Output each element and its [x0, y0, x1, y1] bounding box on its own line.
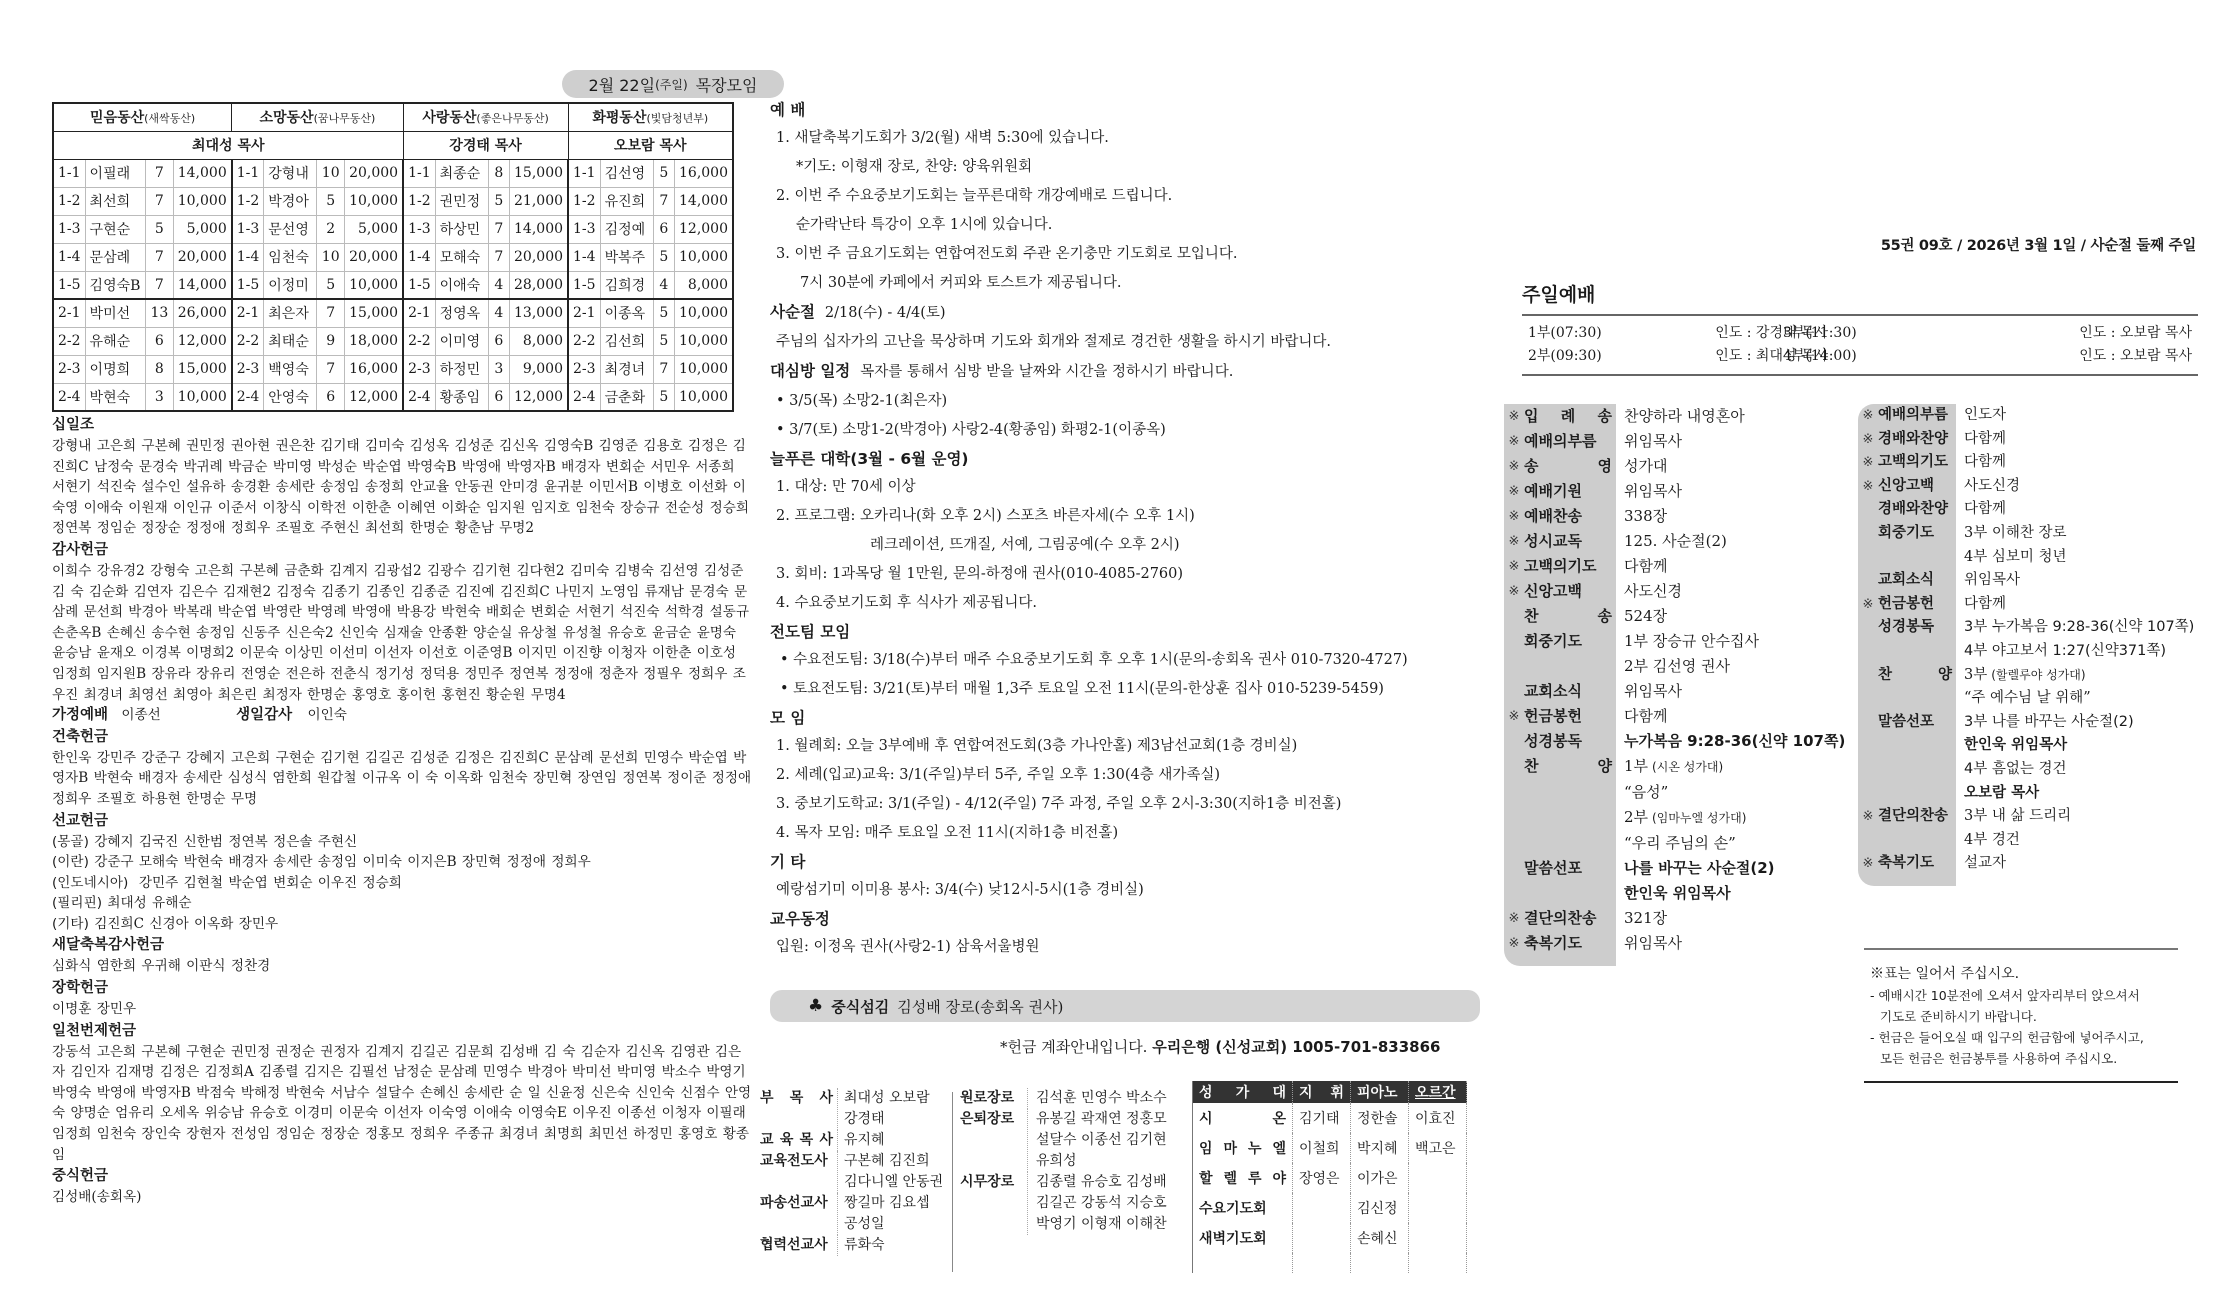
cell-id: 1-2 [403, 187, 435, 215]
stand-mark-icon [1504, 754, 1524, 780]
group-header: 소망동산(꿈나무동산) [232, 103, 403, 131]
thanks-heading: 감사헌금 [52, 539, 752, 561]
attendance-count: 5 [317, 187, 345, 215]
club-icon: ♣ [808, 996, 823, 1016]
order-value: 3부(할렐루야 성가대) [1956, 664, 2086, 688]
cell-id: 2-2 [403, 327, 435, 355]
stand-mark-icon: ※ [1504, 906, 1524, 931]
order-label-cell [1858, 734, 1956, 758]
offering-amount: 5,000 [173, 215, 232, 243]
news-line: 레크레이션, 뜨개질, 서예, 그림공예(수 오후 2시) [770, 531, 1490, 560]
evangelism-heading: 전도팀 모임 [770, 618, 1490, 646]
order-label [1878, 546, 1956, 570]
order-value-text: 성가대 [1624, 457, 1667, 475]
order-item: 회중기도1부 장승규 안수집사 [1504, 629, 1834, 654]
offering-amount: 15,000 [345, 299, 404, 327]
order-value: 한인욱 위임목사 [1616, 881, 1731, 906]
staff-role: 원로장로 [960, 1088, 1028, 1109]
stand-mark-icon [1858, 758, 1878, 782]
staff-name-line: 구본혜 김진희 [844, 1151, 945, 1172]
offering-amount: 20,000 [510, 243, 569, 271]
order-item: 4부 경건 [1858, 829, 2198, 853]
offering-amount: 12,000 [345, 383, 404, 411]
family-worship-heading: 가정예배 [52, 707, 108, 723]
cell-id: 2-4 [53, 383, 85, 411]
stand-mark-icon [1858, 640, 1878, 664]
member-name: 하정민 [435, 355, 488, 383]
order-value: 3부 이해찬 장로 [1956, 522, 2067, 546]
thanks-names: 이희수 강유경2 강형숙 고은희 구본혜 금춘화 김계지 김광섭2 김광수 김기… [52, 561, 752, 705]
family-birthday-line: 가정예배 이종선 생일감사 이인숙 [52, 705, 752, 726]
staff-name-line: 강경태 [844, 1109, 945, 1130]
church-news-section: 예 배 1. 새달축복기도회가 3/2(월) 새벽 5:30에 있습니다. *기… [770, 96, 1490, 962]
order-label: 헌금봉헌 [1524, 704, 1616, 729]
stand-mark-icon [1858, 711, 1878, 735]
group-header: 화평동산(빛담청년부) [568, 103, 733, 131]
order-label-cell: ※신앙고백 [1858, 475, 1956, 499]
cell-id: 2-4 [403, 383, 435, 411]
order-value: “음성” [1616, 780, 1668, 805]
meetings-heading: 모 임 [770, 704, 1490, 732]
order-value-text: 338장 [1624, 507, 1667, 525]
order-label [1524, 805, 1616, 831]
attendance-count: 7 [488, 243, 509, 271]
note-line: 기도로 준비하시기 바랍니다. [1870, 1006, 2172, 1027]
title-day: (주일) [655, 76, 688, 93]
order-value: 다함께 [1956, 428, 2006, 452]
order-label-cell [1858, 829, 1956, 853]
stand-mark-icon [1504, 856, 1524, 881]
news-line: 1. 새달축복기도회가 3/2(월) 새벽 5:30에 있습니다. [770, 124, 1490, 153]
staff-name-line: 최대성 오보람 [844, 1088, 945, 1109]
stand-mark-icon: ※ [1504, 529, 1524, 554]
attendance-count: 5 [653, 299, 674, 327]
member-name: 박복주 [600, 243, 653, 271]
order-label-cell: 교회소식 [1504, 679, 1616, 704]
stand-mark-icon [1858, 546, 1878, 570]
order-value-text: “음성” [1624, 783, 1668, 801]
order-value-text: 위임목사 [1624, 682, 1682, 700]
attendance-count: 8 [146, 355, 174, 383]
attendance-count: 5 [653, 383, 674, 411]
stand-mark-icon [1504, 831, 1524, 856]
stand-mark-icon [1504, 780, 1524, 805]
offering-account: *헌금 계좌안내입니다. 우리은행 (신성교회) 1005-701-833866 [1000, 1036, 1440, 1057]
order-value: 위임목사 [1616, 931, 1682, 966]
order-value-text: 사도신경 [1964, 478, 2020, 494]
order-value: 4부 심보미 청년 [1956, 546, 2067, 570]
order-label [1878, 640, 1956, 664]
family-worship-names: 이종선 [121, 707, 160, 723]
news-line: 1. 월례회: 오늘 3부예배 후 연합여전도회(3층 가나안홀) 제3남선교회… [770, 732, 1490, 761]
cell-id: 1-5 [53, 271, 85, 299]
order-value-text: 누가복음 9:28-36(신약 107쪽) [1624, 732, 1845, 750]
order-item: 오보람 목사 [1858, 782, 2198, 806]
order-value-text: 1부 장승규 안수집사 [1624, 632, 1759, 650]
offering-amount: 10,000 [674, 243, 733, 271]
member-name: 권민정 [435, 187, 488, 215]
staff-role: 은퇴장로 [960, 1109, 1028, 1172]
order-value-text: 다함께 [1964, 501, 2006, 517]
order-label-cell: ※고백의기도 [1858, 451, 1956, 475]
order-label-cell: ※예배찬송 [1504, 504, 1616, 529]
cell-id: 1-5 [232, 271, 264, 299]
member-name: 김희경 [600, 271, 653, 299]
order-label: 예배기원 [1524, 479, 1616, 504]
choir-member: 김신정 [1351, 1193, 1409, 1223]
cell-id: 2-3 [53, 355, 85, 383]
stand-mark-icon: ※ [1504, 429, 1524, 454]
order-item: 회중기도3부 이해찬 장로 [1858, 522, 2198, 546]
attendance-count: 7 [653, 187, 674, 215]
choir-member [1293, 1193, 1351, 1223]
lunch-service-label: 중식섬김 [831, 996, 889, 1017]
order-item: ※결단의찬송321장 [1504, 906, 1834, 931]
order-item: 4부 야고보서 1:27(신약371쪽) [1858, 640, 2198, 664]
stand-mark-icon [1858, 734, 1878, 758]
building-heading: 건축헌금 [52, 726, 752, 748]
order-value: 3부 누가복음 9:28-36(신약 107쪽) [1956, 616, 2194, 640]
stand-mark-icon: ※ [1504, 704, 1524, 729]
note-line: 모든 헌금은 헌금봉투를 사용하여 주십시오. [1870, 1048, 2172, 1069]
table-row: 2-4박현숙310,0002-4안영숙612,0002-4황종임612,0002… [53, 383, 733, 411]
choir-member: 장영은 [1293, 1163, 1351, 1193]
funeral-heading: 중식헌금 [52, 1165, 752, 1187]
cell-id: 1-2 [568, 187, 600, 215]
order-item: 한인욱 위임목사 [1504, 881, 1834, 906]
order-label: 말씀선포 [1524, 856, 1616, 881]
member-name: 금춘화 [600, 383, 653, 411]
order-item: 경배와찬양다함께 [1858, 498, 2198, 522]
staff-name-line: 유희성 [1036, 1151, 1185, 1172]
cell-offering-table: 믿음동산(새싹동산) 소망동산(꿈나무동산) 사랑동산(좋은나무동산) 화평동산… [52, 102, 734, 412]
offering-amount: 18,000 [345, 327, 404, 355]
staff-name-line: 김석훈 민영수 박소수 [1036, 1088, 1185, 1109]
order-item: ※송 영성가대 [1504, 454, 1834, 479]
order-label: 고백의기도 [1878, 451, 1956, 475]
order-value-text: 다함께 [1964, 596, 2006, 612]
table-row: 2-2유해순612,0002-2최태순918,0002-2이미영68,0002-… [53, 327, 733, 355]
order-value-text: 4부 심보미 청년 [1964, 549, 2067, 565]
order-value: 찬양하라 내영혼아 [1616, 404, 1745, 429]
choir-name: 시 온 [1193, 1103, 1293, 1133]
order-value: 524장 [1616, 604, 1667, 629]
cell-id: 2-3 [232, 355, 264, 383]
choir-member: 이가은 [1351, 1163, 1409, 1193]
order-label: 축복기도 [1524, 931, 1616, 956]
order-label: 경배와찬양 [1878, 428, 1956, 452]
order-value-text: 나를 바꾸는 사순절(2) [1624, 859, 1775, 877]
order-value: 오보람 목사 [1956, 782, 2039, 806]
news-line: 2. 이번 주 수요중보기도회는 늘푸른대학 개강예배로 드립니다. [770, 182, 1490, 211]
order-value-note: (할렐루야 성가대) [1991, 668, 2085, 682]
cell-id: 1-5 [568, 271, 600, 299]
lent-dates: 2/18(수) - 4/4(토) [825, 299, 946, 328]
attendance-count: 7 [146, 187, 174, 215]
order-label: 찬 송 [1524, 604, 1616, 629]
table-row: 1-1이필래714,0001-1강형내1020,0001-1최종순815,000… [53, 159, 733, 187]
order-item: 2부(임마누엘 성가대) [1504, 805, 1834, 831]
order-value-text: 2부 [1624, 808, 1648, 826]
attendance-count: 6 [488, 383, 509, 411]
cell-id: 1-3 [53, 215, 85, 243]
choir-member: 김기태 [1293, 1103, 1351, 1133]
offering-amount: 10,000 [674, 383, 733, 411]
attendance-count: 4 [653, 271, 674, 299]
order-label: 송 영 [1524, 454, 1616, 479]
pastor-cell: 오보람 목사 [568, 131, 733, 159]
staff-role: 교육전도사 [760, 1151, 838, 1193]
order-value: 위임목사 [1616, 679, 1682, 704]
order-value: 성가대 [1616, 454, 1667, 479]
order-value: 4부 야고보서 1:27(신약371쪽) [1956, 640, 2166, 664]
account-bank: 우리은행 (신성교회) 1005-701-833866 [1152, 1038, 1440, 1056]
order-value: 위임목사 [1616, 479, 1682, 504]
new-month-heading: 새달축복감사헌금 [52, 934, 752, 956]
staff-names: 최대성 오보람강경태 [838, 1088, 945, 1130]
scholarship-heading: 장학헌금 [52, 977, 752, 999]
order-label: 찬 양 [1524, 754, 1616, 780]
cell-id: 1-3 [403, 215, 435, 243]
order-label: 입 례 송 [1524, 404, 1616, 429]
member-name: 유진희 [600, 187, 653, 215]
stand-mark-icon: ※ [1504, 579, 1524, 604]
offering-amount: 5,000 [345, 215, 404, 243]
cell-id: 1-1 [232, 159, 264, 187]
cell-id: 2-1 [403, 299, 435, 327]
order-value: 다함께 [1616, 704, 1667, 729]
note-line: ※표는 일어서 주십시오. [1870, 964, 2172, 985]
cell-id: 1-1 [403, 159, 435, 187]
attendance-count: 7 [146, 243, 174, 271]
attendance-count: 6 [146, 327, 174, 355]
cell-id: 2-4 [568, 383, 600, 411]
choir-name: 새벽기도회 [1193, 1223, 1293, 1253]
stand-mark-icon: ※ [1858, 852, 1878, 876]
order-label [1878, 829, 1956, 853]
missions-item: (인도네시아) 강민주 김현철 박순엽 변회순 이우진 정승희 [52, 873, 752, 894]
choir-body: 시 온김기태정한솔이효진임 마 누 엘이철희박지혜백고은할 렐 루 야장영은이가… [1193, 1103, 1467, 1273]
order-label-cell: 교회소식 [1858, 569, 1956, 593]
member-name: 강형내 [264, 159, 317, 187]
college-heading: 늘푸른 대학(3월 - 6월 운영) [770, 445, 1490, 473]
news-line: 입원: 이정옥 권사(사랑2-1) 삼육서울병원 [770, 933, 1490, 962]
order-value-text: 3부 내 삶 드리리 [1964, 808, 2071, 824]
member-name: 이정미 [264, 271, 317, 299]
attendance-count: 3 [488, 355, 509, 383]
visitation-text: 목자를 통해서 심방 받을 날짜와 시간을 정하시기 바랍니다. [860, 358, 1233, 387]
order-value-text: 한인욱 위임목사 [1964, 737, 2067, 753]
cell-id: 2-1 [568, 299, 600, 327]
order-item: ※헌금봉헌다함께 [1504, 704, 1834, 729]
pastor-cell: 최대성 목사 [53, 131, 403, 159]
choir-name: 할 렐 루 야 [1193, 1163, 1293, 1193]
order-value: 1부(시온 성가대) [1616, 754, 1723, 780]
funeral-names: 김성배(송회옥) [52, 1187, 752, 1208]
order-value: 2부 김선영 권사 [1616, 654, 1730, 679]
table-row: 1-4문삼례720,0001-4임천숙1020,0001-4모해숙720,000… [53, 243, 733, 271]
stand-mark-icon: ※ [1504, 479, 1524, 504]
choir-spacer-cell [1351, 1253, 1409, 1273]
order-value: “우리 주님의 손” [1616, 831, 1736, 856]
attendance-count: 9 [317, 327, 345, 355]
offering-lists: 십일조 강형내 고은희 구본혜 권민정 권아현 권은찬 김기태 김미숙 김성옥 … [52, 414, 752, 1208]
order-label [1878, 734, 1956, 758]
offering-amount: 10,000 [345, 187, 404, 215]
order-value-text: 다함께 [1964, 431, 2006, 447]
member-name: 김선영 [600, 159, 653, 187]
order-label-cell: 성경봉독 [1504, 729, 1616, 754]
cell-id: 2-1 [53, 299, 85, 327]
visitation-heading-row: 대심방 일정 목자를 통해서 심방 받을 날짜와 시간을 정하시기 바랍니다. [770, 357, 1490, 387]
order-value-text: “우리 주님의 손” [1624, 834, 1736, 852]
news-line: 3. 회비: 1과목당 월 1만원, 문의-하정애 권사(010-4085-27… [770, 560, 1490, 589]
stand-mark-icon [1858, 829, 1878, 853]
attendance-count: 6 [317, 383, 345, 411]
order-value-text: 4부 흠없는 경건 [1964, 761, 2067, 777]
order-label-cell: ※예배의부름 [1504, 429, 1616, 454]
order-value: 나를 바꾸는 사순절(2) [1616, 856, 1775, 881]
cell-id: 1-3 [568, 215, 600, 243]
worship-heading: 예 배 [770, 96, 1490, 124]
order-label-cell: 성경봉독 [1858, 616, 1956, 640]
building-names: 한인욱 강민주 강준구 강혜지 고은희 구현순 김기현 김길곤 김성준 김정은 … [52, 748, 752, 810]
stand-mark-icon [1504, 629, 1524, 654]
stand-mark-icon: ※ [1858, 475, 1878, 499]
staff-role: 시무장로 [960, 1172, 1028, 1235]
order-label-cell [1858, 546, 1956, 570]
attendance-count: 7 [488, 215, 509, 243]
order-value: 1부 장승규 안수집사 [1616, 629, 1759, 654]
stand-mark-icon [1504, 881, 1524, 906]
attendance-count: 7 [317, 299, 345, 327]
member-name: 최은자 [264, 299, 317, 327]
account-prefix: *헌금 계좌안내입니다. [1000, 1038, 1147, 1056]
order-item: ※고백의기도다함께 [1858, 451, 2198, 475]
cell-table-body: 1-1이필래714,0001-1강형내1020,0001-1최종순815,000… [53, 159, 733, 411]
order-item: ※신앙고백사도신경 [1504, 579, 1834, 604]
order-value: 누가복음 9:28-36(신약 107쪽) [1616, 729, 1845, 754]
offering-amount: 14,000 [510, 215, 569, 243]
offering-amount: 12,000 [173, 327, 232, 355]
order-label-cell: 말씀선포 [1858, 711, 1956, 735]
cell-id: 1-2 [53, 187, 85, 215]
order-item: 성경봉독3부 누가복음 9:28-36(신약 107쪽) [1858, 616, 2198, 640]
order-value: 4부 경건 [1956, 829, 2020, 853]
order-label-cell [1504, 881, 1616, 906]
order-label-cell: 찬 송 [1504, 604, 1616, 629]
order-label-cell: ※결단의찬송 [1858, 805, 1956, 829]
order-label [1878, 782, 1956, 806]
order-value: 4부 흠없는 경건 [1956, 758, 2067, 782]
member-name: 김정예 [600, 215, 653, 243]
order-value-text: 524장 [1624, 607, 1667, 625]
order-label: 찬 양 [1878, 664, 1956, 688]
order-label-cell [1504, 654, 1616, 679]
order-value-text: 찬양하라 내영혼아 [1624, 407, 1745, 425]
offering-amount: 8,000 [510, 327, 569, 355]
stand-mark-icon: ※ [1504, 454, 1524, 479]
order-value-text: 125. 사순절(2) [1624, 532, 1727, 550]
service-times-right: 3부(11:30)인도 : 오보람 목사 4부(14:00)인도 : 오보람 목… [1777, 314, 2198, 376]
choir-member: 이효진 [1409, 1103, 1467, 1133]
member-name: 박미선 [85, 299, 145, 327]
order-value-text: 다함께 [1964, 454, 2006, 470]
choir-member [1409, 1163, 1467, 1193]
attendance-count: 8 [488, 159, 509, 187]
scholarship-names: 이명훈 장민우 [52, 999, 752, 1020]
missions-item: (기타) 김진희C 신경아 이옥화 장민우 [52, 914, 752, 935]
tithe-names: 강형내 고은희 구본혜 권민정 권아현 권은찬 김기태 김미숙 김성옥 김성준 … [52, 436, 752, 539]
member-name: 문삼례 [85, 243, 145, 271]
order-label-cell: ※축복기도 [1504, 931, 1616, 966]
order-value: 3부 나를 바꾸는 사순절(2) [1956, 711, 2134, 735]
offering-amount: 10,000 [674, 327, 733, 355]
staff-names: 유지혜 [838, 1130, 945, 1151]
offering-amount: 13,000 [510, 299, 569, 327]
cell-id: 2-1 [232, 299, 264, 327]
order-value-text: 다함께 [1624, 557, 1667, 575]
member-name: 김영숙B [85, 271, 145, 299]
stand-mark-icon [1858, 782, 1878, 806]
issue-info: 55권 09호 / 2026년 3월 1일 / 사순절 둘째 주일 [1780, 234, 2196, 255]
order-label-cell: 회중기도 [1858, 522, 1956, 546]
attendance-count: 10 [317, 243, 345, 271]
missions-item: (몽골) 강혜지 김국진 신한범 정연복 정은솔 주현신 [52, 832, 752, 853]
offering-amount: 26,000 [173, 299, 232, 327]
stand-mark-icon: ※ [1858, 805, 1878, 829]
service-row: 3부(11:30)인도 : 오보람 목사 [1783, 322, 2192, 345]
order-value-text: 3부 이해찬 장로 [1964, 525, 2067, 541]
title-date: 2월 22일 [589, 73, 656, 96]
stand-mark-icon [1504, 604, 1524, 629]
table-row: 2-1박미선1326,0002-1최은자715,0002-1정영옥413,000… [53, 299, 733, 327]
order-value-text: 1부 [1624, 757, 1648, 775]
stand-mark-icon: ※ [1504, 554, 1524, 579]
staff-name-line: 김다니엘 안동권 [844, 1172, 945, 1193]
stand-mark-icon [1504, 805, 1524, 831]
order-item: 찬 양1부(시온 성가대) [1504, 754, 1834, 780]
staff-divider [952, 1092, 953, 1272]
cell-id: 1-4 [403, 243, 435, 271]
order-label-cell: ※입 례 송 [1504, 404, 1616, 429]
offering-amount: 20,000 [345, 243, 404, 271]
attendance-count: 7 [317, 355, 345, 383]
order-value: 2부(임마누엘 성가대) [1616, 805, 1746, 831]
missions-item: (필리핀) 최대성 유해순 [52, 893, 752, 914]
visitation-heading: 대심방 일정 [770, 357, 850, 386]
order-label: 회중기도 [1524, 629, 1616, 654]
order-label: 결단의찬송 [1878, 805, 1956, 829]
order-label-cell: ※신앙고백 [1504, 579, 1616, 604]
stand-mark-icon: ※ [1504, 931, 1524, 956]
order-label-cell: 말씀선포 [1504, 856, 1616, 881]
order-label-cell [1504, 780, 1616, 805]
member-name: 황종임 [435, 383, 488, 411]
evangelism-item: • 토요전도팀: 3/21(토)부터 매월 1,3주 토요일 오전 11시(문의… [770, 675, 1490, 704]
order-item: ※입 례 송찬양하라 내영혼아 [1504, 404, 1834, 429]
service-row: 4부(14:00)인도 : 오보람 목사 [1783, 345, 2192, 368]
order-value: 125. 사순절(2) [1616, 529, 1727, 554]
staff-name-line: 공성일 [844, 1214, 945, 1235]
order-label: 신앙고백 [1524, 579, 1616, 604]
order-label [1524, 780, 1616, 805]
attendance-count: 5 [653, 243, 674, 271]
order-value: 다함께 [1616, 554, 1667, 579]
new-month-names: 심화식 염한희 우귀해 이판식 정찬경 [52, 956, 752, 977]
order-item: 성경봉독누가복음 9:28-36(신약 107쪽) [1504, 729, 1834, 754]
order-value-text: 한인욱 위임목사 [1624, 884, 1731, 902]
